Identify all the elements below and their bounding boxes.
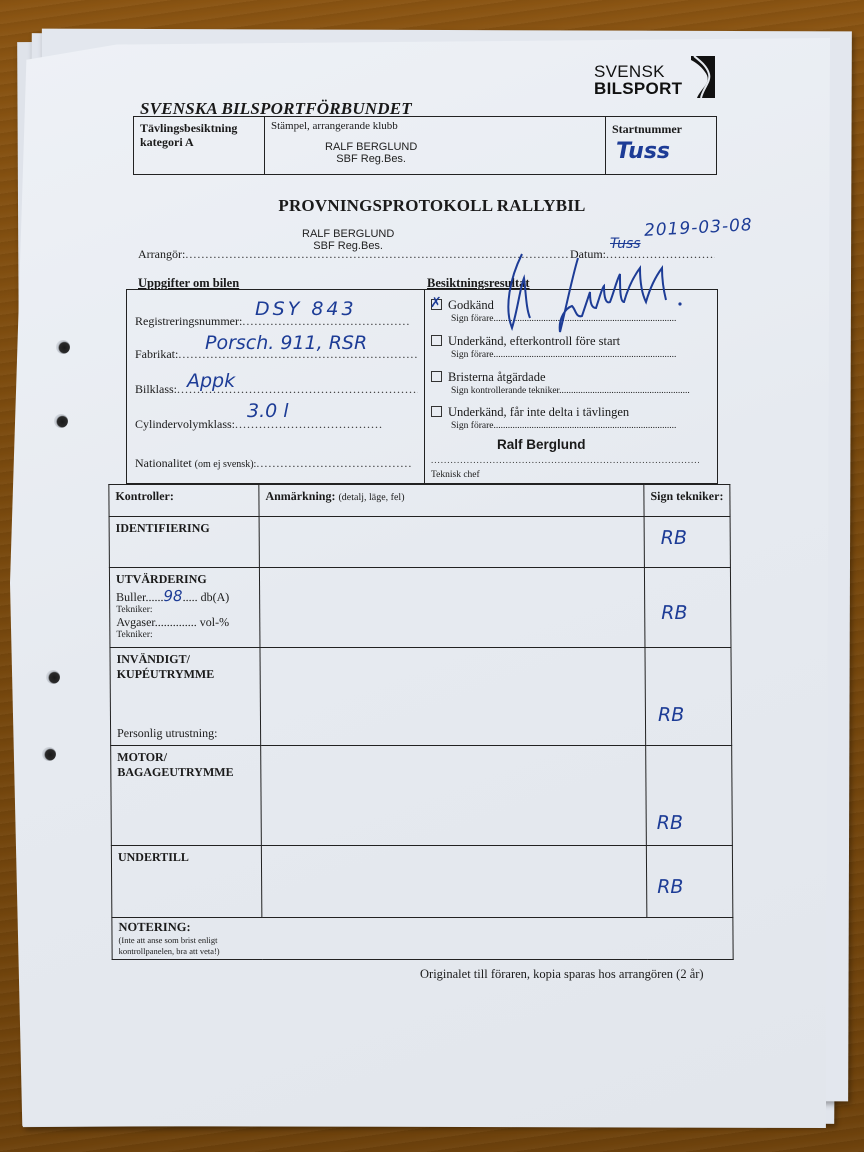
document-title: PROVNINGSPROTOKOLL RALLYBIL	[0, 196, 864, 216]
club-stamp-cell: Stämpel, arrangerande klubb RALF BERGLUN…	[265, 117, 606, 174]
noise-field[interactable]: Buller......98..... db(A)	[116, 587, 253, 605]
punch-hole	[46, 670, 60, 684]
arranger-label: Arrangör:	[138, 247, 185, 261]
notes-cell[interactable]: NOTERING: (Inte att anse som brist enlig…	[112, 918, 733, 960]
table-row: UTVÄRDERING Buller......98..... db(A) Te…	[109, 568, 731, 648]
table-row: MOTOR/ BAGAGEUTRYMME RB	[111, 746, 733, 846]
car-class-value[interactable]: Appk	[187, 370, 235, 392]
technician-initials: RB	[661, 527, 687, 549]
exhaust-label: Avgaser	[116, 615, 155, 629]
checkbox-approved[interactable]: ✗	[431, 299, 442, 310]
row-interior: INVÄNDIGT/ KUPÉUTRYMME Personlig utrustn…	[110, 648, 261, 746]
header-sign: Sign tekniker:	[644, 485, 730, 517]
technician-initials: RB	[657, 876, 683, 898]
reg-number-label: Registreringsnummer:	[135, 314, 242, 328]
remark-cell[interactable]	[260, 648, 646, 746]
sign-line[interactable]: Sign kontrollerande tekniker............…	[451, 386, 699, 396]
car-class-field[interactable]: Bilklass:...............................…	[135, 382, 418, 397]
exhaust-unit: vol-%	[200, 615, 229, 629]
row-identification: IDENTIFIERING	[109, 517, 259, 568]
row-engine: MOTOR/ BAGAGEUTRYMME	[111, 746, 262, 846]
result-option-label: Godkänd	[448, 298, 494, 312]
result-option-label: Bristerna åtgärdade	[448, 370, 546, 384]
technician-initials: RB	[657, 812, 683, 834]
sign-cell[interactable]: RB	[646, 746, 733, 846]
dotted-line: ........................................…	[431, 455, 699, 465]
sign-line[interactable]: Sign förare.............................…	[451, 421, 699, 431]
row-undercarriage: UNDERTILL	[111, 846, 262, 918]
header-control: Kontroller:	[109, 485, 259, 517]
logo-line-2: BILSPORT	[594, 79, 682, 99]
noise-value[interactable]: 98	[163, 587, 182, 605]
punch-hole	[56, 340, 70, 354]
start-number-value[interactable]: Tuss	[616, 139, 710, 164]
result-option-fixed[interactable]: Bristerna åtgärdade Sign kontrollerande …	[431, 370, 699, 396]
sign-cell[interactable]: RB	[644, 568, 731, 648]
punch-hole	[54, 414, 68, 428]
checkmark-icon: ✗	[430, 295, 442, 311]
sign-line[interactable]: Sign förare.............................…	[451, 350, 699, 360]
sign-cell[interactable]: RB	[646, 846, 733, 918]
start-number-cell[interactable]: Startnummer Tuss	[606, 117, 716, 174]
cylinder-class-label: Cylindervolymklass:	[135, 417, 235, 431]
remark-label: Anmärkning:	[265, 489, 335, 503]
header-remark: Anmärkning: (detalj, läge, fel)	[259, 485, 644, 517]
table-row: IDENTIFIERING RB	[109, 517, 730, 568]
table-row: UNDERTILL RB	[111, 846, 733, 918]
checkbox-failed-excluded[interactable]	[431, 406, 442, 417]
stamp-line-2: SBF Reg.Bes.	[325, 153, 417, 165]
technician-initials: RB	[658, 704, 684, 726]
personal-equipment-label: Personlig utrustning:	[117, 726, 217, 741]
remark-cell[interactable]	[261, 846, 647, 918]
nationality-label: Nationalitet	[135, 456, 192, 470]
car-class-label: Bilklass:	[135, 382, 177, 396]
club-stamp: RALF BERGLUND SBF Reg.Bes.	[325, 141, 417, 165]
sign-label: Sign förare	[451, 314, 493, 324]
stamp-line-1: RALF BERGLUND	[325, 141, 417, 153]
sign-label: Sign förare	[451, 350, 493, 360]
engine-title: MOTOR/ BAGAGEUTRYMME	[117, 750, 247, 780]
make-label: Fabrikat:	[135, 347, 178, 361]
sign-label: Sign förare	[451, 421, 493, 431]
controls-header-row: Kontroller: Anmärkning: (detalj, läge, f…	[109, 485, 730, 517]
remark-cell[interactable]	[259, 568, 645, 648]
svensk-bilsport-logo: SVENSK BILSPORT	[594, 56, 720, 100]
checkbox-fixed[interactable]	[431, 371, 442, 382]
remark-note: (detalj, läge, fel)	[338, 492, 404, 503]
driver-signature	[500, 248, 700, 338]
technical-chief-name: Ralf Berglund	[497, 437, 586, 452]
nationality-field[interactable]: Nationalitet (om ej svensk):............…	[135, 456, 418, 471]
remark-cell[interactable]	[261, 746, 647, 846]
category-label: Tävlingsbesiktning kategori A	[134, 117, 265, 174]
header-box: Tävlingsbesiktning kategori A Stämpel, a…	[133, 116, 717, 175]
exhaust-field[interactable]: Avgaser.............. vol-%	[116, 615, 253, 630]
sign-cell[interactable]: RB	[645, 648, 732, 746]
notes-row[interactable]: NOTERING: (Inte att anse som brist enlig…	[112, 918, 733, 960]
technician-label: Tekniker:	[116, 630, 253, 640]
road-curve-icon	[691, 56, 715, 98]
make-value[interactable]: Porsch. 911, RSR	[205, 332, 367, 354]
reg-number-value[interactable]: DSY 843	[255, 298, 357, 320]
dotted-line: .......................................	[256, 456, 412, 470]
punch-hole	[42, 747, 56, 761]
controls-table: Kontroller: Anmärkning: (detalj, läge, f…	[108, 484, 733, 960]
interior-title: INVÄNDIGT/ KUPÉUTRYMME	[117, 652, 227, 682]
result-option-failed-excluded[interactable]: Underkänd, får inte delta i tävlingen Si…	[431, 405, 699, 431]
footer-note: Originalet till föraren, kopia sparas ho…	[420, 967, 704, 982]
table-row: INVÄNDIGT/ KUPÉUTRYMME Personlig utrustn…	[110, 648, 732, 746]
sign-label: Sign kontrollerande tekniker	[451, 386, 559, 396]
start-number-label: Startnummer	[612, 122, 710, 137]
result-option-label: Underkänd, får inte delta i tävlingen	[448, 405, 629, 419]
arranger-stamp-line-1: RALF BERGLUND	[302, 228, 394, 240]
row-evaluation: UTVÄRDERING Buller......98..... db(A) Te…	[109, 568, 260, 648]
technical-chief-label: Teknisk chef	[431, 470, 480, 480]
stamp-label: Stämpel, arrangerande klubb	[271, 120, 398, 132]
technician-label: Tekniker:	[116, 605, 253, 615]
noise-label: Buller	[116, 590, 145, 604]
notes-note: (Inte att anse som brist enligt kontroll…	[118, 935, 268, 957]
evaluation-title: UTVÄRDERING	[116, 572, 253, 587]
sign-cell[interactable]: RB	[644, 517, 730, 568]
notes-label: NOTERING:	[118, 920, 726, 935]
noise-unit: db(A)	[201, 590, 230, 604]
cylinder-class-value[interactable]: 3.0 l	[247, 400, 289, 422]
car-info-fields: Registreringsnummer:....................…	[127, 290, 425, 483]
checkbox-failed-recheck[interactable]	[431, 335, 442, 346]
technician-initials: RB	[661, 602, 687, 624]
remark-cell[interactable]	[259, 517, 644, 568]
nationality-note: (om ej svensk):	[195, 459, 257, 470]
